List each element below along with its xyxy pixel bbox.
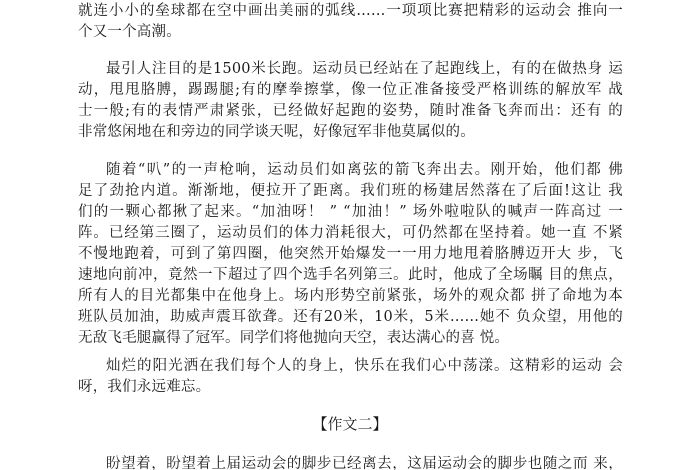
paragraph-line: 无敌飞毛腿赢得了冠军。同学们将他抛向天空，表达满心的喜 悦。 <box>78 328 623 348</box>
paragraph-line: 速地向前冲，竟然一下超过了四个选手名列第三。此时，他成了全场瞩 目的焦点， <box>78 265 623 285</box>
paragraph-line: 随着“叭”的一声枪响，运动员们如离弦的箭飞奔出去。刚开始，他们都 佛 <box>106 160 623 180</box>
document-page: 就连小小的垒球都在空中画出美丽的弧线……一项项比赛把精彩的运动会 推向一 个又一… <box>0 0 700 470</box>
paragraph-line: 所有人的目光都集中在他身上。场内形势空前紧张，场外的观众都 拼了命地为本 <box>78 286 623 306</box>
paragraph-line: 最引人注目的是1500米长跑。运动员已经站在了起跑线上，有的在做热身 运 <box>106 59 623 79</box>
paragraph-line: 士一般;有的表情严肃紧张，已经做好起跑的姿势，随时准备飞奔而出：还有 的 <box>78 101 623 121</box>
paragraph-line: 班队员加油，助威声震耳欲聋。还有20米，10米，5米……她不 负众望，用他的 <box>78 307 623 327</box>
paragraph-line: 灿烂的阳光洒在我们每个人的身上，快乐在我们心中荡漾。这精彩的运动 会 <box>106 356 623 376</box>
paragraph-line: 动，甩甩胳膊，踢踢腿;有的摩拳擦掌，像一位正准备接受严格训练的解放军 战 <box>78 80 623 100</box>
paragraph-line: 阵。已经第三圈了，运动员们的体力消耗很大，可仍然都在坚持着。她一直 不紧 <box>78 223 623 243</box>
paragraph-line: 盼望着，盼望着上届运动会的脚步已经离去，这届运动会的脚步也随之而 来， <box>106 454 623 470</box>
paragraph-line: 们的一颗心都揪了起来。“加油呀！ ” “加油！” 场外啦啦队的喊声一阵高过 一 <box>78 202 623 222</box>
paragraph-line: 个又一个高潮。 <box>78 22 623 42</box>
paragraph-line: 非常悠闲地在和旁边的同学谈天呢，好像冠军非他莫属似的。 <box>78 122 623 142</box>
paragraph-line: 就连小小的垒球都在空中画出美丽的弧线……一项项比赛把精彩的运动会 推向一 <box>78 1 623 21</box>
paragraph-line: 不慢地跑着，可到了第四圈，他突然开始爆发一一用力地甩着胳膊迈开大 步，飞 <box>78 244 623 264</box>
paragraph-line: 呀，我们永远难忘。 <box>78 377 623 397</box>
section-heading: 【作文二】 <box>0 414 700 434</box>
paragraph-line: 足了劲抢内道。渐渐地，便拉开了距离。我们班的杨建居然落在了后面!这让 我 <box>78 181 623 201</box>
